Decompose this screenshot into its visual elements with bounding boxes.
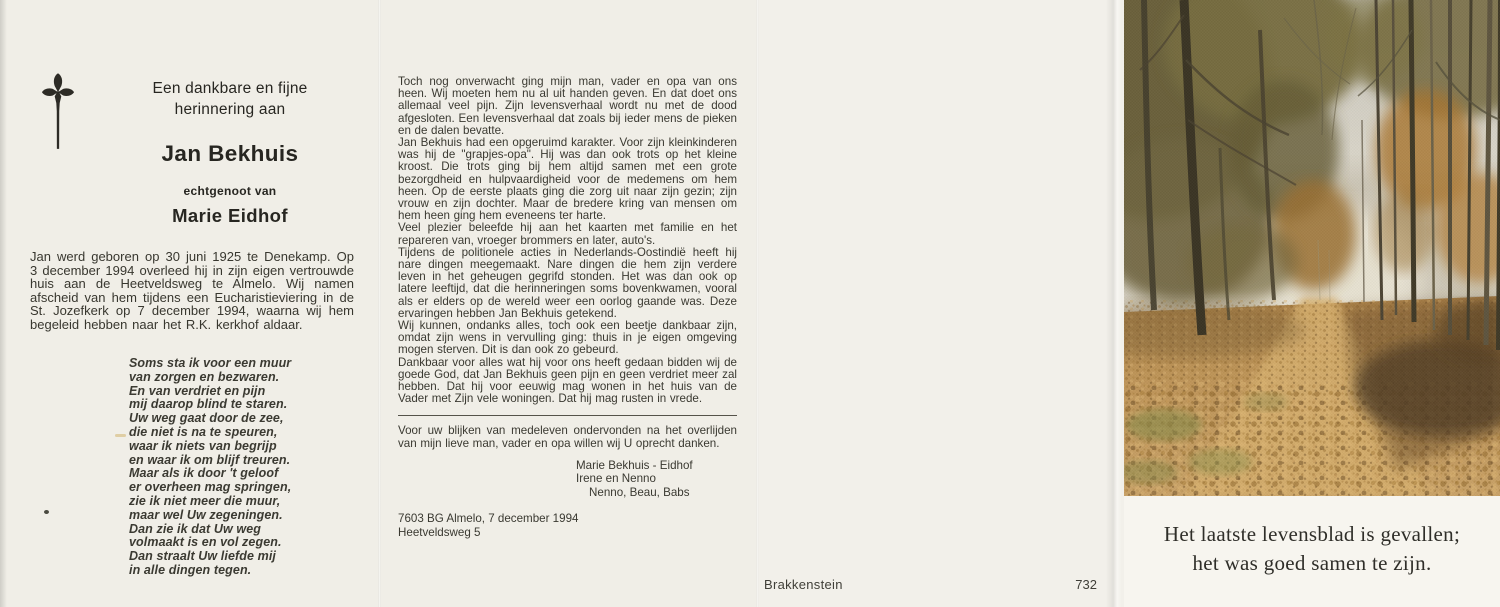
memorial-line-2: herinnering aan	[80, 99, 380, 120]
publisher-label: Brakkenstein	[764, 577, 843, 592]
caption-line-2: het was goed samen te zijn.	[1124, 549, 1500, 578]
memorial-line-1: Een dankbare en fijne	[80, 78, 380, 99]
poem-line: Maar als ik door 't geloof	[129, 467, 291, 481]
memorial-paragraph: Veel plezier beleefde hij aan het kaarte…	[398, 222, 737, 246]
poem-line: in alle dingen tegen.	[129, 564, 291, 578]
address-block: 7603 BG Almelo, 7 december 1994 Heetveld…	[398, 512, 737, 539]
poem-line: Uw weg gaat door de zee,	[129, 412, 291, 426]
poem-line: die niet is na te speuren,	[129, 426, 291, 440]
poem-line: er overheen mag springen,	[129, 481, 291, 495]
signature-block: Marie Bekhuis - EidhofIrene en NennoNenn…	[576, 459, 737, 499]
memorial-card-scan: Een dankbare en fijne herinnering aan Ja…	[0, 0, 1500, 607]
signature-line: Irene en Nenno	[576, 472, 737, 485]
signature-line: Nenno, Beau, Babs	[589, 486, 737, 499]
poem-line: en waar ik om blijf treuren.	[129, 454, 291, 468]
memorial-paragraph: Dankbaar voor alles wat hij voor ons hee…	[398, 357, 737, 406]
memorial-paragraph: Toch nog onverwacht ging mijn man, vader…	[398, 76, 737, 137]
scan-edge-shadow	[0, 0, 7, 607]
signature-line: Marie Bekhuis - Eidhof	[576, 459, 737, 472]
poem-line: volmaakt is en vol zegen.	[129, 536, 291, 550]
front-panel: Een dankbare en fijne herinnering aan Ja…	[0, 0, 380, 607]
scan-speck	[44, 510, 49, 514]
poem-line: mij daarop blind te staren.	[129, 398, 291, 412]
divider-rule	[398, 415, 737, 416]
memorial-text: Toch nog onverwacht ging mijn man, vader…	[398, 76, 737, 405]
acknowledgement-text: Voor uw blijken van medeleven ondervonde…	[398, 425, 737, 449]
inside-text-panel: Toch nog onverwacht ging mijn man, vader…	[380, 0, 762, 607]
relation-label: echtgenoot van	[80, 184, 380, 198]
deceased-name: Jan Bekhuis	[80, 141, 380, 167]
address-line-2: Heetveldsweg 5	[398, 526, 737, 540]
poem-line: En van verdriet en pijn	[129, 385, 291, 399]
photo-caption: Het laatste levensblad is gevallen; het …	[1124, 496, 1500, 607]
memorial-paragraph: Jan Bekhuis had een opgeruimd karakter. …	[398, 137, 737, 222]
poem-line: zie ik niet meer die muur,	[129, 495, 291, 509]
scan-smudge	[115, 434, 126, 437]
poem-line: van zorgen en bezwaren.	[129, 371, 291, 385]
poem-line: waar ik niets van begrijp	[129, 440, 291, 454]
address-line-1: 7603 BG Almelo, 7 december 1994	[398, 512, 737, 526]
poem-line: Dan zie ik dat Uw weg	[129, 523, 291, 537]
poem-line: Dan straalt Uw liefde mij	[129, 550, 291, 564]
autumn-forest-photo	[1124, 0, 1500, 496]
memorial-heading: Een dankbare en fijne herinnering aan Ja…	[80, 78, 380, 227]
cross-icon	[41, 71, 75, 153]
back-panel: Brakkenstein 732	[758, 0, 1124, 607]
memorial-paragraph: Wij kunnen, ondanks alles, toch ook een …	[398, 320, 737, 357]
caption-line-1: Het laatste levensblad is gevallen;	[1124, 520, 1500, 549]
photo-panel: Het laatste levensblad is gevallen; het …	[1124, 0, 1500, 607]
spouse-name: Marie Eidhof	[80, 205, 380, 227]
poem: Soms sta ik voor een muurvan zorgen en b…	[129, 357, 291, 578]
card-number: 732	[1075, 577, 1097, 592]
memorial-paragraph: Tijdens de politionele acties in Nederla…	[398, 247, 737, 320]
poem-line: Soms sta ik voor een muur	[129, 357, 291, 371]
poem-line: maar wel Uw zegeningen.	[129, 509, 291, 523]
biography-text: Jan werd geboren op 30 juni 1925 te Dene…	[30, 250, 354, 331]
